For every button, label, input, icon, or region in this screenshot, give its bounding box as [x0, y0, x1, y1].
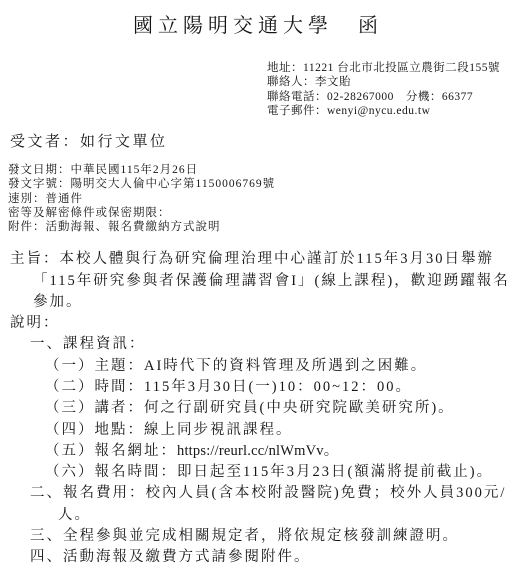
list-item-4: 四、活動海報及繳費方式請參閱附件。 [30, 547, 512, 565]
contact-email: 電子郵件：wenyi@nycu.edu.tw [267, 104, 516, 118]
item-1-text: 課程資訊： [63, 336, 146, 352]
item-3-marker: 三、 [30, 528, 63, 544]
subject-text: 本校人體與行為研究倫理治理中心謹訂於115年3月30日舉辦「115年研究參與者保… [33, 251, 510, 310]
sub-5-suffix: 。 [324, 443, 341, 459]
sub-3-text: 講者：何之行副研究員(中央研究院歐美研究所)。 [95, 400, 455, 416]
list-item-2: 二、報名費用：校內人員(含本校附設醫院)免費；校外人員300元/人。 [30, 483, 512, 526]
meta-attachments: 附件：活動海報、報名費繳納方式說明 [8, 220, 516, 234]
sub-4-text: 地點：線上同步視訊課程。 [95, 422, 293, 438]
sub-item-6: （六）報名時間：即日起至115年3月23日(額滿將提前截止)。 [45, 462, 514, 483]
sub-5-label: 報名網址： [95, 443, 178, 459]
item-4-text: 活動海報及繳費方式請參閱附件。 [63, 549, 311, 565]
sub-2-marker: （二） [45, 379, 95, 395]
meta-security: 密等及解密條件或保密期限： [8, 206, 516, 220]
sub-item-2: （二）時間：115年3月30日(一)10：00~12：00。 [45, 377, 514, 398]
sub-item-1: （一）主題：AI時代下的資料管理及所遇到之困難。 [45, 356, 514, 377]
meta-block: 發文日期：中華民國115年2月26日 發文字號：陽明交大人倫中心字第115000… [8, 163, 516, 234]
sub-3-marker: （三） [45, 400, 95, 416]
sub-6-text: 報名時間：即日起至115年3月23日(額滿將提前截止)。 [95, 464, 494, 480]
sub-4-marker: （四） [45, 422, 95, 438]
contact-address: 地址：11221 台北市北投區立農街二段155號 [267, 61, 516, 75]
sub-2-text: 時間：115年3月30日(一)10：00~12：00。 [95, 379, 412, 395]
sub-item-4: （四）地點：線上同步視訊課程。 [45, 420, 514, 441]
registration-url: https://reurl.cc/nlWmVv [177, 443, 324, 459]
sub-5-marker: （五） [45, 443, 95, 459]
recipient-line: 受文者：如行文單位 [10, 130, 516, 151]
contact-person: 聯絡人：李文貽 [267, 75, 516, 89]
sub-1-marker: （一） [45, 358, 95, 374]
page-title: 國立陽明交通大學 函 [0, 0, 516, 38]
item-4-marker: 四、 [30, 549, 63, 565]
explanation-label: 說明： [10, 313, 516, 334]
subject-label: 主旨： [10, 251, 60, 267]
sub-item-3: （三）講者：何之行副研究員(中央研究院歐美研究所)。 [45, 398, 514, 419]
meta-priority: 速別：普通件 [8, 192, 516, 206]
list-item-1: 一、課程資訊： [30, 334, 512, 355]
list-item-3: 三、全程參與並完成相關規定者，將依規定核發訓練證明。 [30, 526, 512, 547]
item-2-text: 報名費用：校內人員(含本校附設醫院)免費；校外人員300元/人。 [58, 485, 506, 522]
item-3-text: 全程參與並完成相關規定者，將依規定核發訓練證明。 [63, 528, 459, 544]
contact-phone: 聯絡電話：02-28267000 分機：66377 [267, 90, 516, 104]
item-1-marker: 一、 [30, 336, 63, 352]
meta-issue-date: 發文日期：中華民國115年2月26日 [8, 163, 516, 177]
sub-6-marker: （六） [45, 464, 95, 480]
contact-block: 地址：11221 台北市北投區立農街二段155號 聯絡人：李文貽 聯絡電話：02… [267, 61, 516, 118]
sub-1-text: 主題：AI時代下的資料管理及所遇到之困難。 [95, 358, 428, 374]
meta-doc-number: 發文字號：陽明交大人倫中心字第1150006769號 [8, 177, 516, 191]
sub-item-5: （五）報名網址：https://reurl.cc/nlWmVv。 [45, 441, 514, 462]
subject-paragraph: 主旨：本校人體與行為研究倫理治理中心謹訂於115年3月30日舉辦「115年研究參… [10, 249, 511, 313]
official-letter-page: 國立陽明交通大學 函 地址：11221 台北市北投區立農街二段155號 聯絡人：… [0, 0, 516, 565]
item-2-marker: 二、 [30, 485, 63, 501]
